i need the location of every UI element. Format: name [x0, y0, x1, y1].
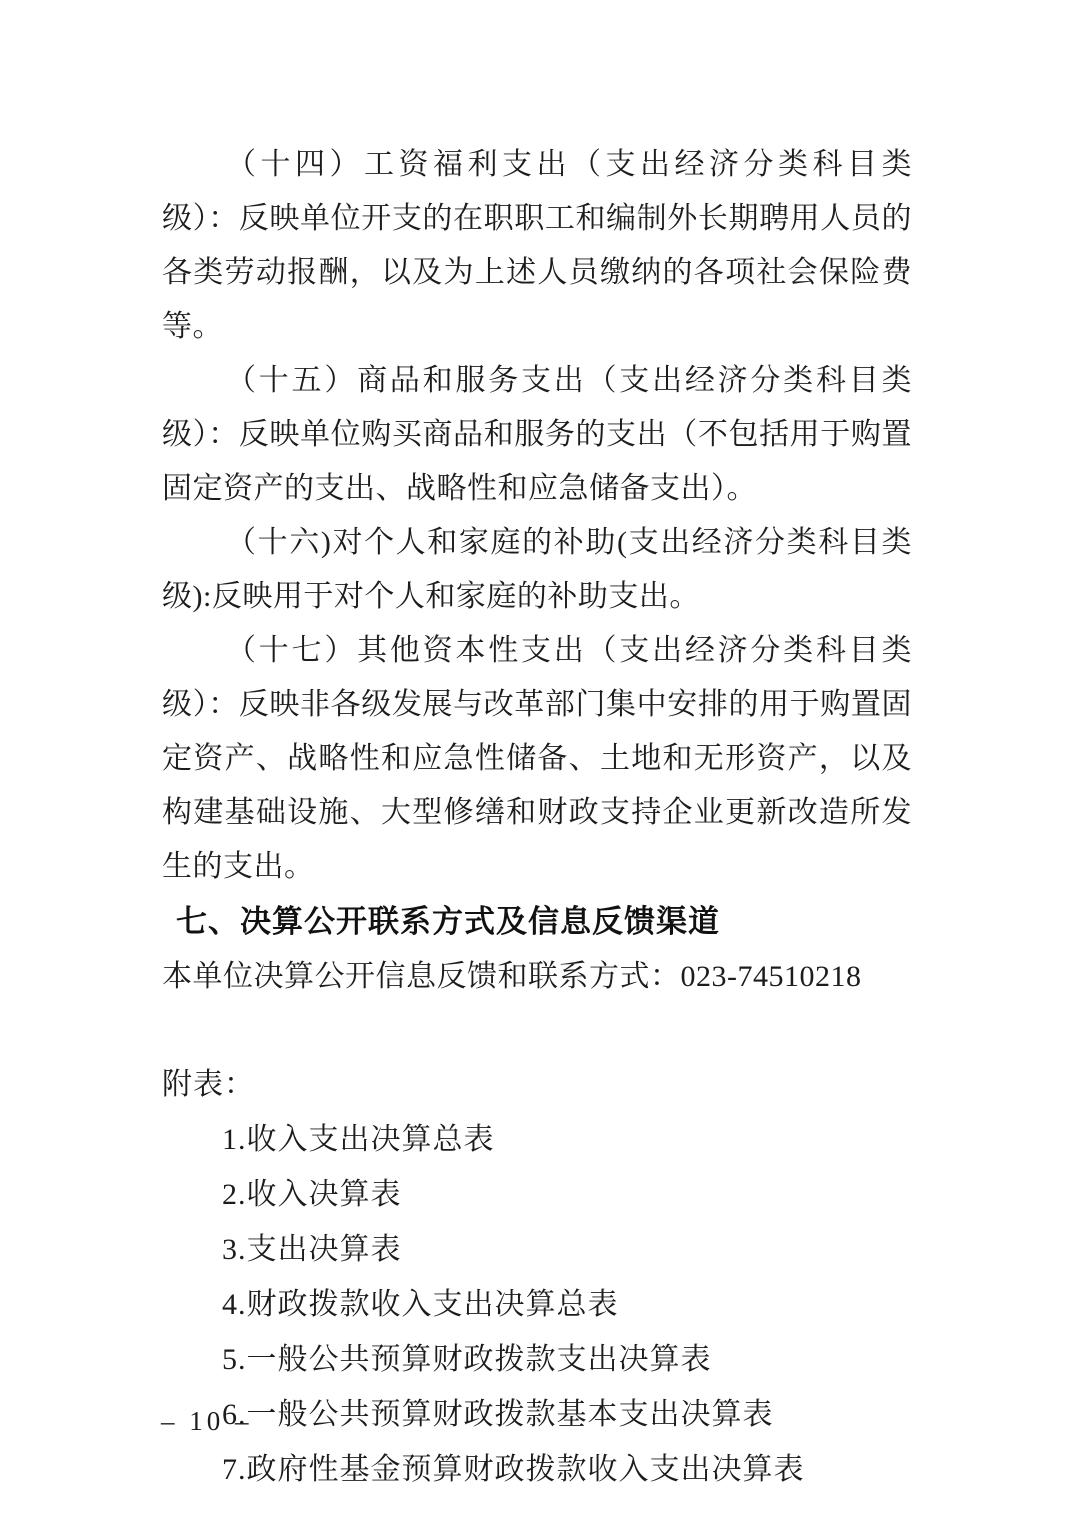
- attachment-item-general-budget-basic-expenditure: 6.一般公共预算财政拨款基本支出决算表: [162, 1387, 912, 1442]
- attachment-item-government-fund-budget: 7.政府性基金预算财政拨款收入支出决算表: [162, 1442, 912, 1497]
- attachment-item-general-budget-expenditure: 5.一般公共预算财政拨款支出决算表: [162, 1332, 912, 1387]
- document-content: （十四）工资福利支出（支出经济分类科目类级）：反映单位开支的在职职工和编制外长期…: [162, 138, 912, 1497]
- attachment-item-income-statement: 2.收入决算表: [162, 1167, 912, 1222]
- document-page: （十四）工资福利支出（支出经济分类科目类级）：反映单位开支的在职职工和编制外长期…: [0, 0, 1075, 1520]
- attachment-item-income-expenditure-summary: 1.收入支出决算总表: [162, 1112, 912, 1167]
- paragraph-goods-services-expenditure: （十五）商品和服务支出（支出经济分类科目类级）：反映单位购买商品和服务的支出（不…: [162, 354, 912, 516]
- paragraph-wage-welfare-expenditure: （十四）工资福利支出（支出经济分类科目类级）：反映单位开支的在职职工和编制外长期…: [162, 138, 912, 354]
- page-number: – 10 –: [161, 1406, 253, 1437]
- attachment-item-expenditure-statement: 3.支出决算表: [162, 1222, 912, 1277]
- attachments-label: 附表：: [162, 1058, 912, 1112]
- paragraph-individual-family-subsidy: （十六)对个人和家庭的补助(支出经济分类科目类级):反映用于对个人和家庭的补助支…: [162, 516, 912, 624]
- paragraph-other-capital-expenditure: （十七）其他资本性支出（支出经济分类科目类级）：反映非各级发展与改革部门集中安排…: [162, 624, 912, 894]
- section-heading: 七、决算公开联系方式及信息反馈渠道: [162, 894, 912, 950]
- attachment-item-fiscal-appropriation-summary: 4.财政拨款收入支出决算总表: [162, 1277, 912, 1332]
- contact-line: 本单位决算公开信息反馈和联系方式：023-74510218: [162, 950, 912, 1004]
